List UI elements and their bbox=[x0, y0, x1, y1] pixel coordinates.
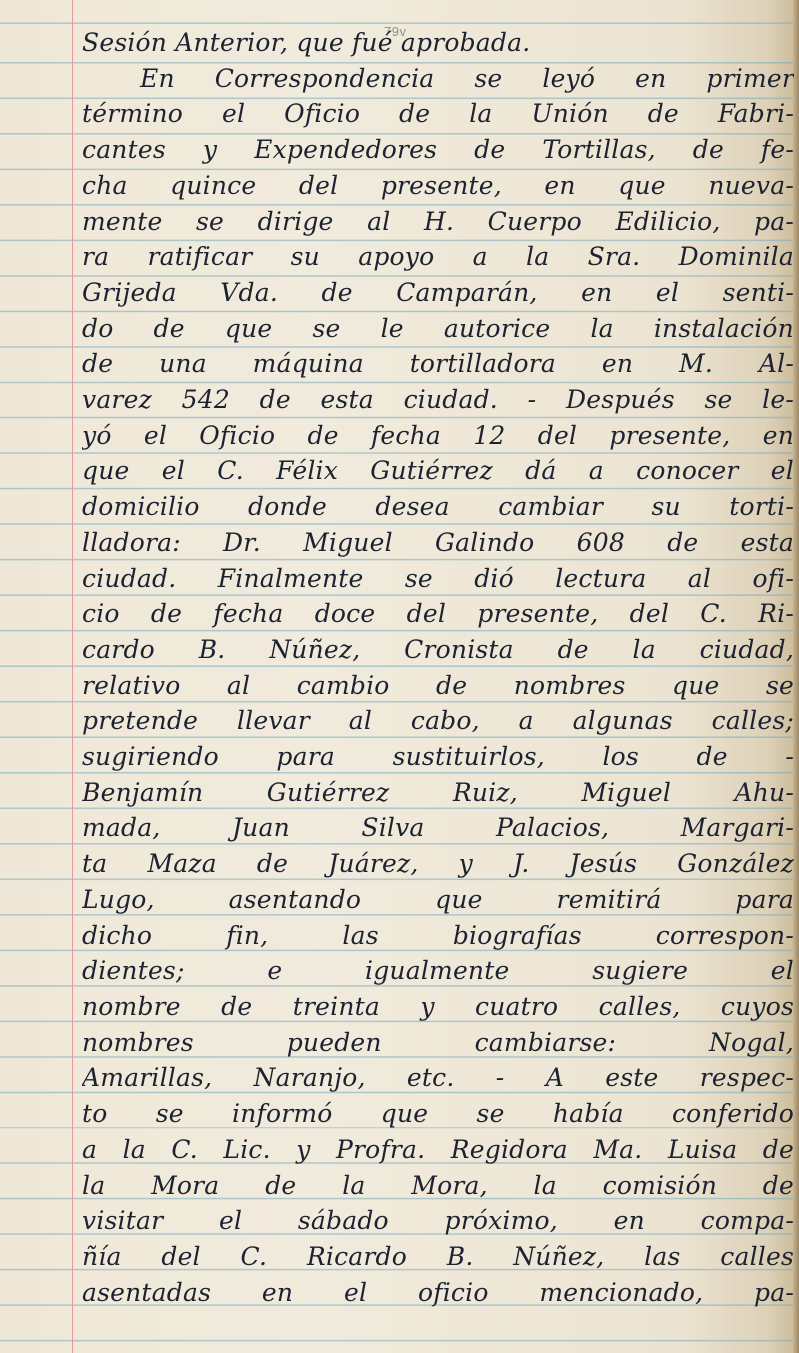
text-line: Sesión Anterior, que fué aprobada. bbox=[82, 25, 794, 61]
text-line: ta Maza de Juárez, y J. Jesús González bbox=[82, 846, 794, 882]
text-line: término el Oficio de la Unión de Fabri- bbox=[82, 96, 794, 132]
text-line: Grijeda Vda. de Camparán, en el senti- bbox=[82, 275, 794, 311]
text-line: domicilio donde desea cambiar su torti- bbox=[82, 489, 794, 525]
notebook-page: 79v Sesión Anterior, que fué aprobada. E… bbox=[0, 0, 799, 1353]
text-line: varez 542 de esta ciudad. - Después se l… bbox=[82, 382, 794, 418]
text-line: cio de fecha doce del presente, del C. R… bbox=[82, 596, 794, 632]
text-line: cha quince del presente, en que nueva- bbox=[82, 168, 794, 204]
text-line: pretende llevar al cabo, a algunas calle… bbox=[82, 703, 794, 739]
text-line: nombre de treinta y cuatro calles, cuyos bbox=[82, 989, 794, 1025]
red-margin-line bbox=[72, 0, 73, 1353]
text-line: dientes; e igualmente sugiere el bbox=[82, 953, 794, 989]
text-line: que el C. Félix Gutiérrez dá a conocer e… bbox=[82, 453, 794, 489]
text-line: a la C. Lic. y Profra. Regidora Ma. Luis… bbox=[82, 1132, 794, 1168]
text-line: lladora: Dr. Miguel Galindo 608 de esta bbox=[82, 525, 794, 561]
text-line: ñía del C. Ricardo B. Núñez, las calles bbox=[82, 1239, 794, 1275]
text-line: asentadas en el oficio mencionado, pa- bbox=[82, 1275, 794, 1311]
text-line: mada, Juan Silva Palacios, Margari- bbox=[82, 810, 794, 846]
text-line: nombres pueden cambiarse: Nogal, bbox=[82, 1025, 794, 1061]
text-line: mente se dirige al H. Cuerpo Edilicio, p… bbox=[82, 204, 794, 240]
handwritten-text-body: Sesión Anterior, que fué aprobada. En Co… bbox=[82, 25, 794, 1310]
text-line: Amarillas, Naranjo, etc. - A este respec… bbox=[82, 1060, 794, 1096]
text-line: to se informó que se había conferido bbox=[82, 1096, 794, 1132]
text-line: Benjamín Gutiérrez Ruiz, Miguel Ahu- bbox=[82, 775, 794, 811]
text-line: ciudad. Finalmente se dió lectura al ofi… bbox=[82, 561, 794, 597]
text-line: ra ratificar su apoyo a la Sra. Dominila bbox=[82, 239, 794, 275]
text-line: Lugo, asentando que remitirá para bbox=[82, 882, 794, 918]
text-line: dicho fin, las biografías correspon- bbox=[82, 918, 794, 954]
text-line: relativo al cambio de nombres que se bbox=[82, 668, 794, 704]
text-line: do de que se le autorice la instalación bbox=[82, 311, 794, 347]
text-line: En Correspondencia se leyó en primer bbox=[82, 61, 794, 97]
text-line: visitar el sábado próximo, en compa- bbox=[82, 1203, 794, 1239]
text-line: cardo B. Núñez, Cronista de la ciudad, bbox=[82, 632, 794, 668]
text-line: yó el Oficio de fecha 12 del presente, e… bbox=[82, 418, 794, 454]
text-line: la Mora de la Mora, la comisión de bbox=[82, 1168, 794, 1204]
text-line: cantes y Expendedores de Tortillas, de f… bbox=[82, 132, 794, 168]
text-line: sugiriendo para sustituirlos, los de - bbox=[82, 739, 794, 775]
text-line: de una máquina tortilladora en M. Al- bbox=[82, 346, 794, 382]
